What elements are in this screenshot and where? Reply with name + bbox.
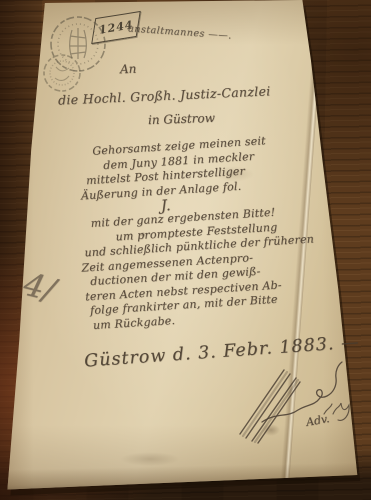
signature-flourish-icon [232, 360, 364, 456]
letter-body: Gehorsamst zeige meinen seit dem Juny 18… [72, 131, 323, 333]
paper-stain [120, 452, 180, 466]
address-line-1: An [120, 62, 137, 77]
address-line-3: in Güstrow [148, 111, 215, 127]
photo-of-letter: 1244 anstaltmannes ——. An die Hochl. Gro… [0, 0, 371, 500]
